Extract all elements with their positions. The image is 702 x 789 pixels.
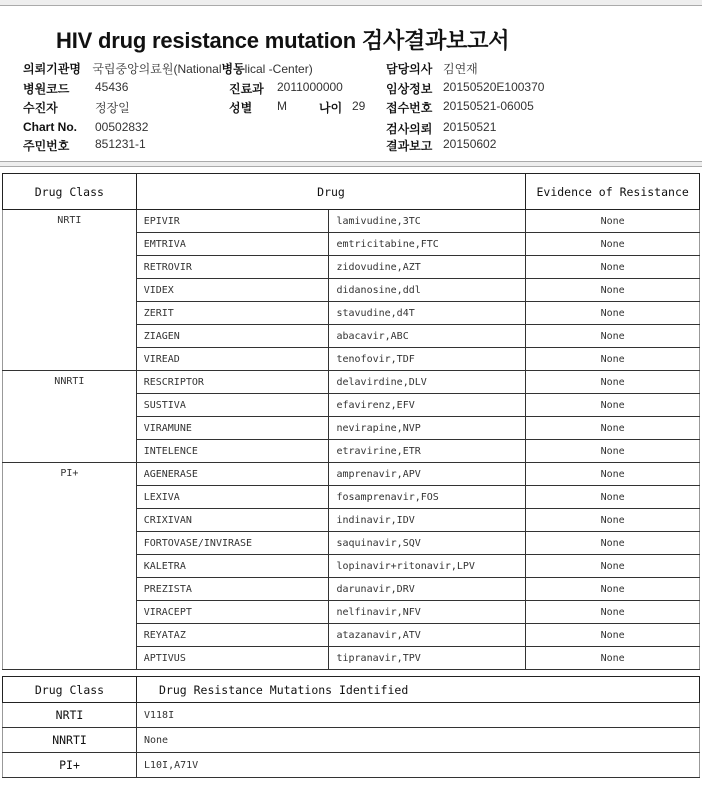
brand-name-cell: VIRAMUNE bbox=[136, 417, 329, 440]
clinical-info-value: 20150520E100370 bbox=[443, 80, 544, 94]
brand-name-cell: ZERIT bbox=[136, 302, 329, 325]
chart-no-value: 00502832 bbox=[95, 120, 148, 134]
brand-name-cell: PREZISTA bbox=[136, 578, 329, 601]
sex-value: M bbox=[277, 99, 287, 113]
evidence-cell: None bbox=[526, 463, 700, 486]
evidence-cell: None bbox=[526, 417, 700, 440]
report-title: HIV drug resistance mutation 검사결과보고서 bbox=[56, 24, 509, 55]
clinical-info-label: 임상정보 bbox=[386, 82, 432, 96]
brand-name-cell: ZIAGEN bbox=[136, 325, 329, 348]
brand-name-cell: EMTRIVA bbox=[136, 233, 329, 256]
brand-name-cell: APTIVUS bbox=[136, 647, 329, 670]
generic-name-cell: stavudine,d4T bbox=[329, 302, 526, 325]
evidence-cell: None bbox=[526, 440, 700, 463]
brand-name-cell: SUSTIVA bbox=[136, 394, 329, 417]
institution-field: 의뢰기관명 국립중앙의료원(National병동lical -Center) bbox=[23, 60, 313, 77]
evidence-cell: None bbox=[526, 233, 700, 256]
table-row: NNRTIRESCRIPTORdelavirdine,DLVNone bbox=[3, 371, 700, 394]
results-panel: Drug Class Drug Evidence of Resistance N… bbox=[0, 166, 702, 789]
mutation-header-mutations: Drug Resistance Mutations Identified bbox=[137, 677, 700, 703]
institution-value: 국립중앙의료원(National병동lical -Center) bbox=[92, 62, 312, 76]
result-report-value: 20150602 bbox=[443, 137, 496, 151]
mutation-value-cell: None bbox=[137, 728, 700, 753]
hospital-code-value: 45436 bbox=[95, 80, 128, 94]
resident-no-value: 851231-1 bbox=[95, 137, 146, 151]
brand-name-cell: REYATAZ bbox=[136, 624, 329, 647]
evidence-cell: None bbox=[526, 394, 700, 417]
patient-label: 수진자 bbox=[23, 101, 58, 115]
table-row: NRTIEPIVIRlamivudine,3TCNone bbox=[3, 210, 700, 233]
mutation-value-cell: V118I bbox=[137, 703, 700, 728]
drug-class-cell: NRTI bbox=[3, 210, 137, 371]
age-value: 29 bbox=[352, 99, 365, 113]
brand-name-cell: VIRACEPT bbox=[136, 601, 329, 624]
header-drug: Drug bbox=[136, 174, 526, 210]
evidence-cell: None bbox=[526, 486, 700, 509]
test-request-value: 20150521 bbox=[443, 120, 496, 134]
resident-no-field: 주민번호 bbox=[23, 137, 69, 154]
hospital-code-field: 병원코드 bbox=[23, 80, 69, 97]
institution-label: 의뢰기관명 bbox=[23, 62, 81, 76]
chart-no-label: Chart No. bbox=[23, 120, 77, 134]
generic-name-cell: zidovudine,AZT bbox=[329, 256, 526, 279]
brand-name-cell: AGENERASE bbox=[136, 463, 329, 486]
mutation-header-drug-class: Drug Class bbox=[3, 677, 137, 703]
mutation-value-cell: L10I,A71V bbox=[137, 753, 700, 778]
generic-name-cell: lamivudine,3TC bbox=[329, 210, 526, 233]
patient-value: 정장일 bbox=[95, 101, 130, 115]
brand-name-cell: CRIXIVAN bbox=[136, 509, 329, 532]
resident-no-label: 주민번호 bbox=[23, 139, 69, 153]
ward-label: 병동 bbox=[221, 62, 244, 76]
brand-name-cell: RESCRIPTOR bbox=[136, 371, 329, 394]
evidence-cell: None bbox=[526, 325, 700, 348]
evidence-cell: None bbox=[526, 601, 700, 624]
drug-resistance-table: Drug Class Drug Evidence of Resistance N… bbox=[2, 173, 700, 670]
table-header-row: Drug Class Drug Evidence of Resistance bbox=[3, 174, 700, 210]
report-header: HIV drug resistance mutation 검사결과보고서 의뢰기… bbox=[0, 5, 702, 162]
test-request-label: 검사의뢰 bbox=[386, 122, 432, 136]
mutation-row: PI+L10I,A71V bbox=[3, 753, 700, 778]
evidence-cell: None bbox=[526, 578, 700, 601]
evidence-cell: None bbox=[526, 279, 700, 302]
evidence-cell: None bbox=[526, 302, 700, 325]
mutation-class-cell: NRTI bbox=[3, 703, 137, 728]
physician-value: 김연재 bbox=[443, 62, 478, 76]
mutation-table: Drug Class Drug Resistance Mutations Ide… bbox=[2, 676, 700, 778]
table-row: PI+AGENERASEamprenavir,APVNone bbox=[3, 463, 700, 486]
evidence-cell: None bbox=[526, 509, 700, 532]
mutation-class-cell: NNRTI bbox=[3, 728, 137, 753]
generic-name-cell: nelfinavir,NFV bbox=[329, 601, 526, 624]
generic-name-cell: didanosine,ddl bbox=[329, 279, 526, 302]
receipt-no-value: 20150521-06005 bbox=[443, 99, 534, 113]
mutation-header-row: Drug Class Drug Resistance Mutations Ide… bbox=[3, 677, 700, 703]
generic-name-cell: nevirapine,NVP bbox=[329, 417, 526, 440]
evidence-cell: None bbox=[526, 256, 700, 279]
receipt-no-label: 접수번호 bbox=[386, 101, 432, 115]
evidence-cell: None bbox=[526, 532, 700, 555]
generic-name-cell: lopinavir+ritonavir,LPV bbox=[329, 555, 526, 578]
generic-name-cell: saquinavir,SQV bbox=[329, 532, 526, 555]
mutation-row: NNRTINone bbox=[3, 728, 700, 753]
drug-class-cell: NNRTI bbox=[3, 371, 137, 463]
brand-name-cell: LEXIVA bbox=[136, 486, 329, 509]
chart-no-field: Chart No. bbox=[23, 120, 77, 134]
department-label: 진료과 bbox=[229, 82, 264, 96]
brand-name-cell: EPIVIR bbox=[136, 210, 329, 233]
generic-name-cell: delavirdine,DLV bbox=[329, 371, 526, 394]
generic-name-cell: amprenavir,APV bbox=[329, 463, 526, 486]
hospital-code-label: 병원코드 bbox=[23, 82, 69, 96]
generic-name-cell: indinavir,IDV bbox=[329, 509, 526, 532]
result-report-label: 결과보고 bbox=[386, 139, 432, 153]
generic-name-cell: efavirenz,EFV bbox=[329, 394, 526, 417]
sex-label: 성별 bbox=[229, 101, 252, 115]
evidence-cell: None bbox=[526, 371, 700, 394]
physician-label: 담당의사 bbox=[386, 62, 432, 76]
age-label: 나이 bbox=[319, 101, 342, 115]
evidence-cell: None bbox=[526, 624, 700, 647]
brand-name-cell: KALETRA bbox=[136, 555, 329, 578]
generic-name-cell: tenofovir,TDF bbox=[329, 348, 526, 371]
generic-name-cell: emtricitabine,FTC bbox=[329, 233, 526, 256]
brand-name-cell: INTELENCE bbox=[136, 440, 329, 463]
department-value: 2011000000 bbox=[277, 80, 343, 94]
brand-name-cell: FORTOVASE/INVIRASE bbox=[136, 532, 329, 555]
header-evidence: Evidence of Resistance bbox=[526, 174, 700, 210]
generic-name-cell: darunavir,DRV bbox=[329, 578, 526, 601]
evidence-cell: None bbox=[526, 647, 700, 670]
brand-name-cell: RETROVIR bbox=[136, 256, 329, 279]
mutation-class-cell: PI+ bbox=[3, 753, 137, 778]
generic-name-cell: atazanavir,ATV bbox=[329, 624, 526, 647]
header-drug-class: Drug Class bbox=[3, 174, 137, 210]
evidence-cell: None bbox=[526, 348, 700, 371]
generic-name-cell: etravirine,ETR bbox=[329, 440, 526, 463]
evidence-cell: None bbox=[526, 210, 700, 233]
brand-name-cell: VIDEX bbox=[136, 279, 329, 302]
generic-name-cell: tipranavir,TPV bbox=[329, 647, 526, 670]
patient-field: 수진자 bbox=[23, 99, 58, 116]
brand-name-cell: VIREAD bbox=[136, 348, 329, 371]
drug-class-cell: PI+ bbox=[3, 463, 137, 670]
mutation-row: NRTIV118I bbox=[3, 703, 700, 728]
generic-name-cell: fosamprenavir,FOS bbox=[329, 486, 526, 509]
evidence-cell: None bbox=[526, 555, 700, 578]
generic-name-cell: abacavir,ABC bbox=[329, 325, 526, 348]
